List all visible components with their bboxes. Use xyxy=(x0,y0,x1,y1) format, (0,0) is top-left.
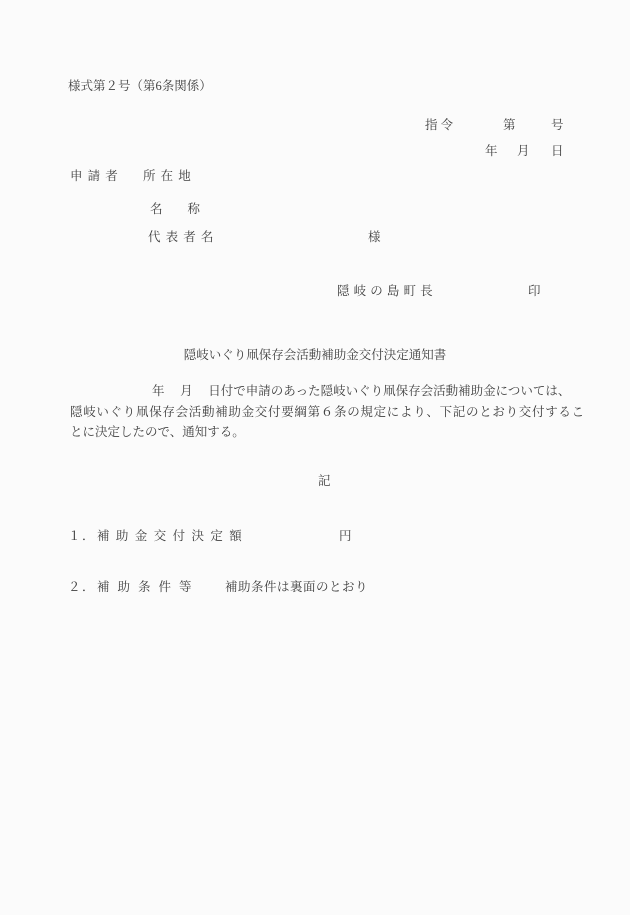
directive-number-prefix: 第 xyxy=(503,118,516,133)
notice-body-line-3: とに決定したので、通知する。 xyxy=(70,425,245,440)
notice-body-line-2: 隠岐いぐり凧保存会活動補助金交付要綱第６条の規定により、下記のとおり交付するこ xyxy=(70,405,585,420)
item-1-label: 補助金交付決定額 xyxy=(97,529,248,544)
issuer-seal-mark: 印 xyxy=(528,284,541,299)
directive-number-suffix: 号 xyxy=(551,118,564,133)
applicant-representative-label: 代 表 者 名 xyxy=(148,230,214,245)
grant-decision-notice-page: 様式第２号（第6条関係） 指 令 第 号 年 月 日 申 請 者 所 在 地 名… xyxy=(0,0,630,915)
form-number: 様式第２号（第6条関係） xyxy=(68,79,212,94)
item-1-number: １． xyxy=(68,529,96,544)
applicant-name-label: 名 称 xyxy=(150,202,200,217)
issuer-title: 隠 岐 の 島 町 長 xyxy=(337,284,433,299)
item-2-label: 補助条件等 xyxy=(97,580,200,595)
directive-label: 指 令 xyxy=(425,118,453,133)
item-2-number: ２． xyxy=(68,580,96,595)
item-1-value-unit: 円 xyxy=(339,529,352,544)
item-2-value: 補助条件は裏面のとおり xyxy=(225,580,368,595)
notice-body-line-1: 年 月 日付で申請のあった隠岐いぐり凧保存会活動補助金については、 xyxy=(70,384,570,399)
notice-title: 隠岐いぐり凧保存会活動補助金交付決定通知書 xyxy=(0,348,630,363)
issue-date-year-label: 年 xyxy=(485,144,498,159)
record-marker: 記 xyxy=(318,474,331,489)
applicant-honorific: 様 xyxy=(368,230,381,245)
applicant-address-label: 所 在 地 xyxy=(143,169,192,184)
issue-date-day-label: 日 xyxy=(551,144,564,159)
issue-date-month-label: 月 xyxy=(517,144,530,159)
applicant-label: 申 請 者 xyxy=(70,169,119,184)
